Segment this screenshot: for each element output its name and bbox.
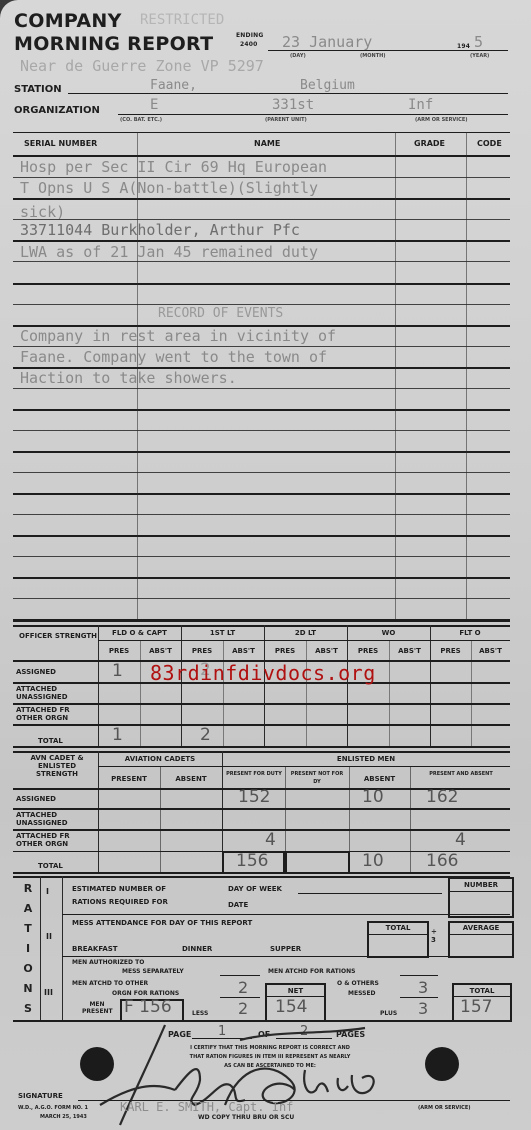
less-label: LESS	[192, 1010, 208, 1017]
section-iii-number: III	[44, 988, 53, 997]
col-cadet-present: PRESENT	[98, 775, 160, 783]
col-grade: GRADE	[414, 139, 445, 148]
sub-abst: ABS'T	[140, 647, 181, 655]
ending-label: ENDING	[236, 32, 263, 39]
aviation-cadets-label: AVIATION CADETS	[98, 755, 222, 763]
ending-time: 2400	[240, 41, 258, 48]
org-arm: Inf	[408, 97, 433, 113]
enlisted-total-present-absent: 166	[426, 851, 458, 871]
sub-pres: PRES	[181, 647, 223, 655]
men-authorized-label: MEN AUTHORIZED TO	[72, 959, 144, 966]
rations-letter: N	[20, 982, 36, 995]
sub-abst: ABS'T	[223, 647, 264, 655]
row-assigned: ASSIGNED	[16, 668, 56, 676]
rations-letter: O	[20, 962, 36, 975]
rations-letter: A	[20, 902, 36, 915]
day-of-week-label: DAY OF WEEK	[228, 885, 282, 893]
men-atchd-other-label: MEN ATCHD TO OTHER	[72, 980, 148, 987]
group-flt-o: FLT O	[430, 629, 510, 637]
signature-label: SIGNATURE	[18, 1092, 63, 1100]
net-value: 154	[275, 997, 307, 1017]
rations-total-label: TOTAL	[452, 987, 512, 995]
enlisted-attached-present-duty: 4	[265, 830, 276, 850]
section-i-number: I	[46, 887, 49, 896]
entry-line: T Opns U S A(Non-battle)(Slightly	[20, 179, 318, 197]
entry-line: Hosp per Sec II Cir 69 Hq European	[20, 158, 327, 176]
org-caption-arm: (ARM OR SERVICE)	[415, 117, 468, 123]
row-attached-unassigned: ATTACHED UNASSIGNED	[16, 685, 96, 701]
mess-attendance-label: MESS ATTENDANCE FOR DAY OF THIS REPORT	[72, 919, 252, 927]
divide-by-three: ÷ 3	[431, 928, 441, 944]
restricted-stamp: RESTRICTED	[140, 12, 224, 28]
mess-separately-label: MESS SEPARATELY	[122, 968, 184, 975]
day-caption: (DAY)	[290, 53, 306, 59]
sub-pres: PRES	[98, 647, 140, 655]
org-caption-company: (CO. BAT. ETC.)	[120, 117, 162, 123]
net-label: NET	[265, 987, 326, 995]
col-present-not-for-duty: PRESENT NOT FOR DY	[287, 770, 347, 786]
form-date: MARCH 25, 1943	[40, 1114, 87, 1120]
group-2d-lt: 2D LT	[264, 629, 347, 637]
entry-line: 33711044 Burkholder, Arthur Pfc	[20, 221, 300, 239]
year-caption: (YEAR)	[470, 53, 489, 59]
form-title-morning-report: MORNING REPORT	[14, 33, 213, 55]
org-caption-parent: (PARENT UNIT)	[265, 117, 307, 123]
officer-assigned-fld-pres: 1	[112, 661, 123, 681]
station-country: Belgium	[300, 78, 355, 93]
location-line: Near de Guerre Zone VP 5297	[20, 57, 264, 75]
station-label: STATION	[14, 84, 62, 95]
men-present-value: F 156	[124, 997, 172, 1017]
rations-total-value: 157	[460, 997, 492, 1017]
supper-label: SUPPER	[270, 945, 301, 953]
enlisted-total-absent: 10	[362, 851, 384, 871]
event-line: Company in rest area in vicinity of	[20, 327, 336, 345]
row-total: TOTAL	[38, 862, 63, 870]
col-serial-number: SERIAL NUMBER	[24, 139, 97, 148]
col-enlisted-absent: ABSENT	[349, 775, 410, 783]
mess-total-label: TOTAL	[367, 924, 429, 932]
men-present-label: MEN PRESENT	[82, 1001, 112, 1015]
entry-line: LWA as of 21 Jan 45 remained duty	[20, 243, 318, 261]
enlisted-assigned-absent: 10	[362, 787, 384, 807]
row-assigned: ASSIGNED	[16, 795, 56, 803]
org-company: E	[150, 97, 158, 113]
messed-label: MESSED	[348, 990, 376, 997]
sub-abst: ABS'T	[471, 647, 510, 655]
rations-letter: R	[20, 882, 36, 895]
row-total: TOTAL	[38, 737, 63, 745]
year-prefix: 194	[457, 43, 470, 50]
row-attached-unassigned: ATTACHED UNASSIGNED	[16, 811, 96, 827]
enlisted-assigned-present-absent: 162	[426, 787, 458, 807]
org-parent-unit: 331st	[272, 97, 314, 113]
sub-pres: PRES	[347, 647, 389, 655]
col-code: CODE	[477, 139, 502, 148]
sub-abst: ABS'T	[389, 647, 430, 655]
o-others-value: 3	[418, 978, 428, 997]
record-of-events-heading: RECORD OF EVENTS	[158, 306, 283, 321]
organization-label: ORGANIZATION	[14, 105, 100, 116]
station-city: Faane,	[150, 78, 197, 93]
report-date: 23 January	[282, 33, 372, 51]
sub-pres: PRES	[430, 647, 471, 655]
row-attached-other: ATTACHED FR OTHER ORGN	[16, 832, 96, 848]
form-title-company: COMPANY	[14, 10, 122, 32]
officer-total-1st-lt-pres: 2	[200, 725, 211, 745]
website-watermark: 83rdinfdivdocs.org	[150, 661, 376, 685]
plus-value: 3	[418, 999, 428, 1018]
sub-pres: PRES	[264, 647, 306, 655]
enlisted-attached-present-absent: 4	[455, 830, 466, 850]
arm-caption: (ARM OR SERVICE)	[418, 1105, 471, 1111]
rations-letter: T	[20, 922, 36, 935]
men-atchd-rations-label: MEN ATCHD FOR RATIONS	[268, 968, 355, 975]
orgn-for-rations-label: ORGN FOR RATIONS	[112, 990, 179, 997]
col-present-for-duty: PRESENT FOR DUTY	[224, 770, 284, 778]
form-id: W.D., A.G.O. FORM NO. 1	[18, 1105, 88, 1111]
report-year: 5	[474, 33, 483, 51]
sec1-label-1: ESTIMATED NUMBER OF	[72, 885, 166, 893]
event-line: Haction to take showers.	[20, 369, 237, 387]
enlisted-total-present-duty: 156	[236, 851, 268, 871]
men-atchd-other-value: 2	[238, 978, 248, 997]
dinner-label: DINNER	[182, 945, 212, 953]
row-attached-other: ATTACHED FR OTHER ORGN	[16, 706, 96, 722]
event-line: Faane. Company went to the town of	[20, 348, 327, 366]
entry-line: sick)	[20, 203, 65, 221]
col-name: NAME	[254, 139, 280, 148]
month-caption: (MONTH)	[360, 53, 386, 59]
average-label: AVERAGE	[448, 924, 514, 932]
rations-letter: S	[20, 1002, 36, 1015]
col-cadet-absent: ABSENT	[160, 775, 222, 783]
breakfast-label: BREAKFAST	[72, 945, 118, 953]
section-ii-number: II	[46, 932, 52, 941]
enlisted-men-label: ENLISTED MEN	[222, 755, 510, 763]
plus-label: PLUS	[380, 1010, 397, 1017]
group-fld-o-capt: FLD O & CAPT	[98, 629, 181, 637]
rations-letter: I	[20, 942, 36, 955]
officer-total-fld-pres: 1	[112, 725, 123, 745]
number-label: NUMBER	[448, 881, 514, 889]
binder-hole-right	[425, 1047, 459, 1081]
enlisted-assigned-present-duty: 152	[238, 787, 270, 807]
enlisted-strength-title: AVN CADET & ENLISTED STRENGTH	[16, 754, 98, 778]
date-label: DATE	[228, 901, 248, 909]
o-others-label: O & OTHERS	[337, 980, 379, 987]
copy-note: WD COPY THRU BRU OR SCU	[198, 1114, 294, 1121]
col-present-and-absent: PRESENT AND ABSENT	[412, 770, 510, 778]
sub-abst: ABS'T	[306, 647, 347, 655]
group-1st-lt: 1ST LT	[181, 629, 264, 637]
morning-report-form: COMPANY RESTRICTED MORNING REPORT ENDING…	[0, 0, 531, 1130]
less-value: 2	[238, 999, 248, 1018]
officer-strength-title: OFFICER STRENGTH	[18, 632, 98, 641]
signer-name: KARL E. SMITH, Capt. Inf	[120, 1100, 293, 1114]
sec1-label-2: RATIONS REQUIRED FOR	[72, 898, 168, 906]
group-wo: WO	[347, 629, 430, 637]
